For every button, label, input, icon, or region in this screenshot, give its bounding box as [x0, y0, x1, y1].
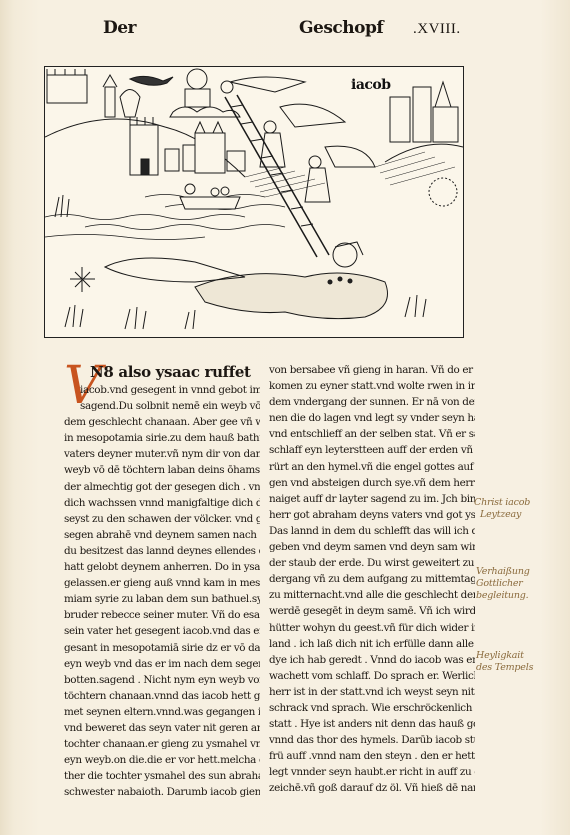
- text-line: hatt gelobt deynem anherren. Do in ysaac…: [64, 559, 260, 575]
- woodcut-caption-iacob: iacob: [351, 77, 391, 93]
- marginal-note-text: Verhaißung: [476, 566, 530, 578]
- text-line: dem vndergang der sunnen. Er nā von den …: [269, 394, 475, 410]
- text-line: met seynen eltern.vnnd.was gegangen in s…: [64, 704, 260, 720]
- text-line: eyn weyb vnd das er im nach dem segen he…: [64, 656, 260, 672]
- text-line: vnnd das thor des hymels. Darūb iacob st…: [269, 732, 475, 748]
- text-line: der almechtig got der gesegen dich . vnd…: [64, 479, 260, 495]
- text-line: weyb vō dē töchtern laban deins ōhams. A…: [64, 462, 260, 478]
- text-line: land . ich laß dich nit ich erfülle dann…: [269, 636, 475, 652]
- marginal-note-text: Leytzeay: [474, 509, 530, 521]
- text-line: wachett vom schlaff. Do sprach er. Werli…: [269, 668, 475, 684]
- text-line: tochter chanaan.er gieng zu ysmahel vnd …: [64, 736, 260, 752]
- text-line: Das lannd in dem du schlefft das will ic…: [269, 523, 475, 539]
- text-line: statt . Hye ist anders nit denn das hauß…: [269, 716, 475, 732]
- marginal-note-3: Heyligkait des Tempels: [476, 650, 533, 674]
- text-line: vnd entschlieff an der selben stat. Vñ e…: [269, 426, 475, 442]
- text-line: nen die do lagen vnd legt sy vnder seyn …: [269, 410, 475, 426]
- text-line: gelassen.er gieng auß vnnd kam in mesopo…: [64, 575, 260, 591]
- text-line: iacob.vnd gesegent in vnnd gebot im: [64, 382, 260, 398]
- folio-number: .XVIII.: [413, 21, 461, 38]
- text-line: sagend.Du solbnit nemē ein weyb vō: [64, 398, 260, 414]
- text-column-right: von bersabee vñ gieng in haran. Vñ do er…: [269, 362, 475, 797]
- text-line: vaters deyner muter.vñ nym dir von danne…: [64, 446, 260, 462]
- text-line: ther die tochter ysmahel des sun abraham…: [64, 768, 260, 784]
- marginal-note-2: Verhaißung Gottlicher begleitung.: [476, 566, 530, 602]
- text-line: dem geschlecht chanaan. Aber gee vñ wand…: [64, 414, 260, 430]
- text-line: miam syrie zu laban dem sun bathuel.syri…: [64, 591, 260, 607]
- marginal-note-text: Christ iacob: [474, 497, 530, 509]
- text-line: vnd beweret das seyn vater nit geren ans…: [64, 720, 260, 736]
- text-line: botten.sagend . Nicht nym eyn weyb von d…: [64, 672, 260, 688]
- text-line: dergang vñ zu dem aufgang zu mittemtag v…: [269, 571, 475, 587]
- text-line: N8 also ysaac ruffet: [64, 362, 260, 382]
- text-line: bruder rebecce seiner muter. Vñ do esau …: [64, 607, 260, 623]
- text-line: herr got abraham deyns vaters vnd got ys…: [269, 507, 475, 523]
- text-line: in mesopotamia sirie.zu dem hauß bathuel…: [64, 430, 260, 446]
- text-column-left: N8 also ysaac ruffet iacob.vnd gesegent …: [64, 362, 260, 800]
- text-line: schrack vnd sprach. Wie erschröckenlich …: [269, 700, 475, 716]
- text-line: legt vnnder seyn haubt.er richt in auff …: [269, 764, 475, 780]
- running-head-left: Der: [103, 18, 136, 38]
- text-line: du besitzest das lannd deynes ellendes d…: [64, 543, 260, 559]
- text-line: werdē gesegēt in deym samē. Vñ ich wird …: [269, 603, 475, 619]
- marginal-note-text: begleitung.: [476, 590, 530, 602]
- running-head: Der Geschopf .XVIII.: [0, 14, 570, 44]
- text-line: naiget auff dr layter sagend zu im. Jch …: [269, 491, 475, 507]
- text-line: schlaff eyn leyterstteen auff der erden …: [269, 442, 475, 458]
- text-line: frü auff .vnnd nam den steyn . den er he…: [269, 748, 475, 764]
- text-line: eyn weyb.on die.die er vor hett.melcha o…: [64, 752, 260, 768]
- marginal-note-text: Gottlicher: [476, 578, 530, 590]
- text-line: der staub der erde. Du wirst geweitert z…: [269, 555, 475, 571]
- text-line: schwester nabaioth. Darumb iacob gieng a…: [64, 784, 260, 800]
- text-line: dich wachssen vnnd manigfaltige dich das…: [64, 495, 260, 511]
- text-line: segen abrahē vnd deynem samen nach dir .…: [64, 527, 260, 543]
- text-line: von bersabee vñ gieng in haran. Vñ do er…: [269, 362, 475, 378]
- text-line: seyst zu den schawen der völcker. vnd ge…: [64, 511, 260, 527]
- text-line: zu mitternacht.vnd alle die geschlecht d…: [269, 587, 475, 603]
- text-line: rürt an den hymel.vñ die engel gottes au…: [269, 459, 475, 475]
- marginal-note-text: Heyligkait: [476, 650, 533, 662]
- book-page: Der Geschopf .XVIII.: [0, 0, 570, 835]
- text-line: sein vater het gesegent iacob.vnd das er…: [64, 623, 260, 639]
- text-line: zeichē.vñ goß darauf dz öl. Vñ hieß dē n…: [269, 780, 475, 796]
- marginal-note-text: des Tempels: [476, 662, 533, 674]
- text-line: hütter wohyn du geest.vñ für dich wider …: [269, 620, 475, 636]
- woodcut-illustration: iacob: [44, 66, 464, 338]
- text-line: komen zu eyner statt.vnd wolte rwen in i…: [269, 378, 475, 394]
- text-line: herr ist in der statt.vnd ich weyst seyn…: [269, 684, 475, 700]
- text-line: dye ich hab geredt . Vnnd do iacob was e…: [269, 652, 475, 668]
- text-line: gesant in mesopotamiā sirie dz er vō dan…: [64, 640, 260, 656]
- text-line: geben vnd deym samen vnd deyn sam wirt a…: [269, 539, 475, 555]
- running-head-title: Geschopf: [299, 18, 383, 38]
- marginal-note-1: Christ iacob Leytzeay: [474, 497, 530, 521]
- jacobs-ladder-woodcut-icon: [45, 67, 463, 337]
- text-line: gen vnd absteigen durch sye.vñ dem herre…: [269, 475, 475, 491]
- text-line: töchtern chanaan.vnnd das iacob hett geh…: [64, 688, 260, 704]
